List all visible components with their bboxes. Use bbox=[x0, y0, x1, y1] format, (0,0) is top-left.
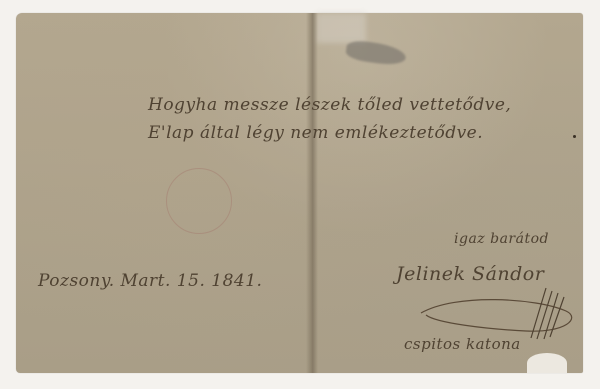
verse-line-2: E'lap által légy nem emlékeztetődve. bbox=[148, 123, 483, 143]
closing: igaz barátod bbox=[454, 231, 549, 247]
ink-dot bbox=[573, 135, 576, 138]
signature-flourish-icon bbox=[416, 283, 586, 343]
center-fold bbox=[306, 13, 318, 373]
signature: Jelinek Sándor bbox=[396, 263, 544, 285]
paper-tear bbox=[527, 353, 567, 373]
letter-paper: Hogyha messze lészek tőled vettetődve, E… bbox=[16, 13, 583, 373]
signatory-title: cspitos katona bbox=[404, 335, 521, 353]
stain bbox=[345, 39, 407, 67]
place-date: Pozsony. Mart. 15. 1841. bbox=[38, 271, 262, 291]
discoloration bbox=[316, 13, 366, 43]
verse-line-1: Hogyha messze lészek tőled vettetődve, bbox=[148, 95, 511, 115]
stamp bbox=[166, 168, 232, 234]
